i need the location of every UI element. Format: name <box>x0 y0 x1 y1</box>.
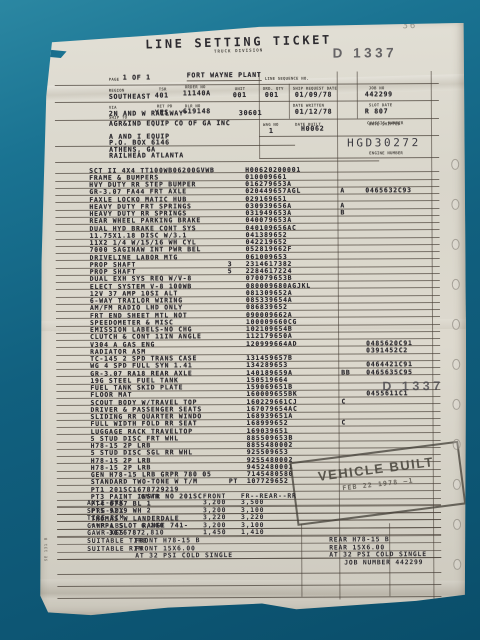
paper-curl-mark <box>452 239 460 250</box>
paper-curl-mark <box>452 319 460 330</box>
ship-request-date-value: 01/09/78 <box>295 91 332 99</box>
rule-line <box>55 160 379 163</box>
rating-rear: 1,410 <box>241 528 264 536</box>
chassis-number-value: HGD30272 <box>347 136 421 149</box>
paper-curl-mark <box>453 439 461 450</box>
rule-line <box>57 596 441 599</box>
engine-number-label: ENGINE NUMBER <box>369 150 403 155</box>
order-no-value: 11140A <box>183 89 211 97</box>
paper-curl-mark <box>451 159 459 170</box>
rule-line <box>57 572 441 575</box>
dlr-no-value: 619148 <box>183 107 211 115</box>
rating-front: 1,450 <box>203 529 226 537</box>
paper-curl-mark <box>453 479 461 490</box>
job-no-value: 442299 <box>365 90 393 98</box>
corner-pencil-mark: 36 <box>402 21 417 31</box>
unit-value: 001 <box>233 91 247 99</box>
line-setting-ticket-document: LINE SETTING TICKET TRUCK DIVISION D 133… <box>36 23 467 617</box>
rule-line <box>57 584 441 587</box>
paper-curl-mark <box>453 559 461 570</box>
ticket-number-stamp: D 1337 <box>333 45 398 60</box>
photo-background: LINE SETTING TICKET TRUCK DIVISION D 133… <box>0 0 480 640</box>
date-written-value: 01/12/78 <box>295 108 332 116</box>
job-number-row: JOB NUMBER 442299 <box>57 558 441 567</box>
ratings-rows: AXLE-BRK3,2003,500SPRG-AUX3,2003,100TIRE… <box>57 498 441 538</box>
form-edge-text: SE 131 B <box>43 537 48 561</box>
zip-value: 30601 <box>239 109 262 117</box>
chassis-number-label: CHASSIS NUMBER <box>367 120 404 125</box>
slot-date-value: R 807 <box>365 107 388 115</box>
weight-ratings-table: GVWR FRONT FR--REAR--RR AXLE-BRK3,2003,5… <box>57 491 441 567</box>
job-number: JOB NUMBER 442299 <box>344 558 423 566</box>
ret-pd-value: YES <box>155 108 169 116</box>
paper-curl-mark <box>452 399 460 410</box>
column-line <box>289 84 290 119</box>
page-value: 1 OF 1 <box>123 74 151 82</box>
column-line <box>357 71 358 118</box>
ord-qty-value: 001 <box>265 91 279 99</box>
paper-curl-mark <box>453 519 461 530</box>
region-value: SOUTHEAST <box>109 93 151 101</box>
paper-curl-mark <box>451 199 459 210</box>
rule-line <box>259 157 439 159</box>
h-code: H0062 <box>301 125 324 133</box>
wag-no-value: 1 <box>269 127 274 135</box>
plant-name: FORT WAYNE PLANT <box>187 71 262 81</box>
line-sequence-label: LINE SEQUENCE NO. <box>265 76 309 81</box>
address-line: RAILHEAD ATLANTA <box>109 152 184 159</box>
paper-tear <box>35 47 67 58</box>
ship-to-name: AGR&IND EQUIP CO OF GA INC <box>109 119 230 128</box>
paper-curl-mark <box>452 359 460 370</box>
page-label: PAGE <box>109 77 119 82</box>
ship-to-address: A AND I EQUIPP.O. BOX 6146ATHENS, GARAIL… <box>109 133 184 159</box>
paper-curl-mark <box>452 279 460 290</box>
tsr-value: 401 <box>155 91 169 99</box>
ticket-number-stamp-2: D 1337 <box>382 379 443 393</box>
